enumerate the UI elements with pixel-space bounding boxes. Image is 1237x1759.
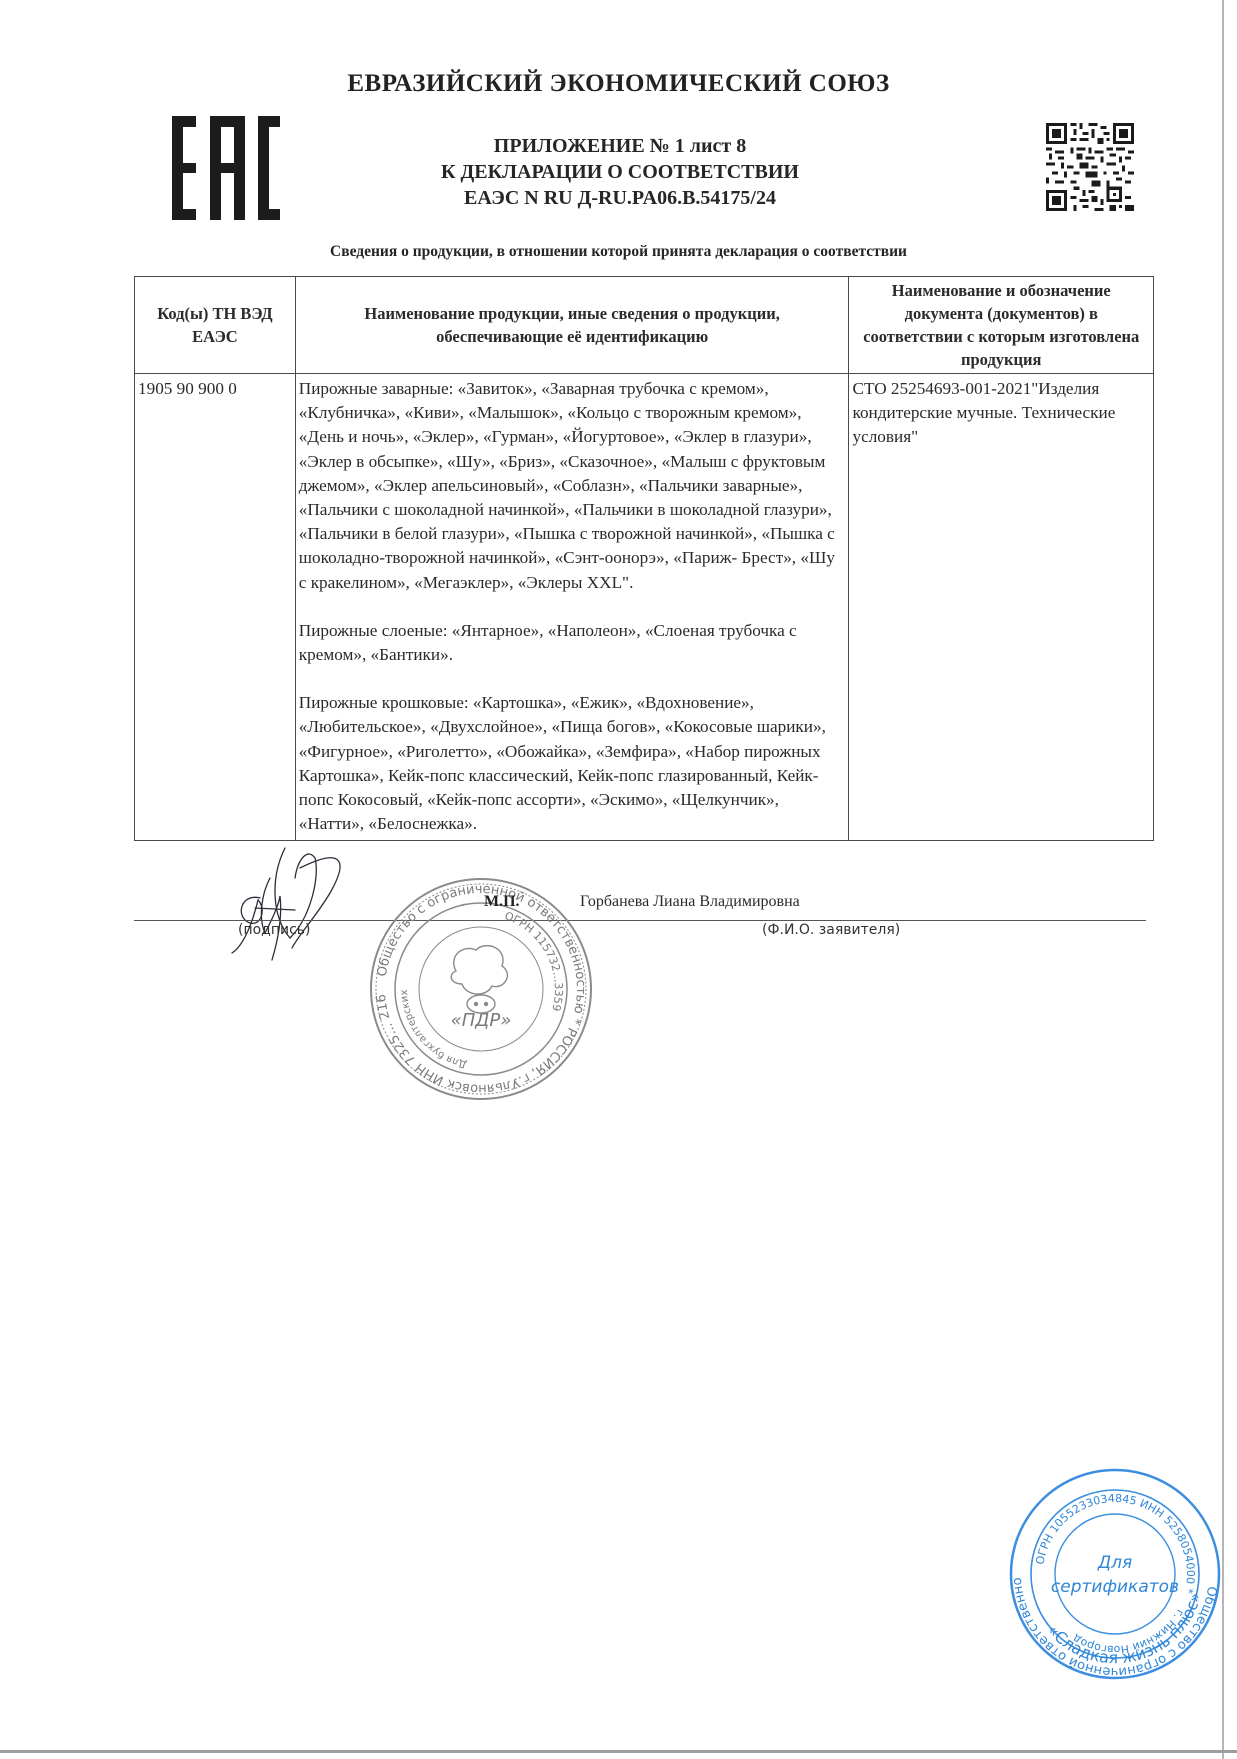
svg-text:Для: Для <box>1097 1553 1132 1573</box>
column-header-document: Наименование и обозначение документа (до… <box>849 277 1154 374</box>
appendix-line-3: ЕАЭС N RU Д-RU.PA06.B.54175/24 <box>380 185 860 211</box>
scan-edge-bottom <box>0 1750 1237 1753</box>
signature-icon <box>200 838 380 968</box>
products-table: Код(ы) ТН ВЭД ЕАЭС Наименование продукци… <box>134 276 1154 841</box>
description-puff-pastries: Пирожные слоеные: «Янтарное», «Наполеон»… <box>299 619 847 667</box>
union-title: ЕВРАЗИЙСКИЙ ЭКОНОМИЧЕСКИЙ СОЮЗ <box>0 70 1237 98</box>
column-header-code: Код(ы) ТН ВЭД ЕАЭС <box>135 277 296 374</box>
cell-description: Пирожные заварные: «Завиток», «Заварная … <box>295 374 849 841</box>
appendix-heading: ПРИЛОЖЕНИЕ № 1 лист 8 К ДЕКЛАРАЦИИ О СОО… <box>380 133 860 211</box>
appendix-line-1: ПРИЛОЖЕНИЕ № 1 лист 8 <box>380 133 860 159</box>
seal-label: М.П. <box>484 893 520 911</box>
description-choux-pastries: Пирожные заварные: «Завиток», «Заварная … <box>299 377 847 595</box>
applicant-name: Горбанева Лиана Владимировна <box>580 893 800 911</box>
product-info-caption: Сведения о продукции, в отношении которо… <box>0 243 1237 261</box>
appendix-line-2: К ДЕКЛАРАЦИИ О СООТВЕТСТВИИ <box>380 159 860 185</box>
table-row: 1905 90 900 0 Пирожные заварные: «Завито… <box>135 374 1154 841</box>
certificates-stamp-icon: Общество с ограниченной ответственностью… <box>1002 1468 1228 1680</box>
cell-document: СТО 25254693-001-2021"Изделия кондитерск… <box>849 374 1154 841</box>
signature-caption: (подпись) <box>238 922 311 938</box>
cell-code: 1905 90 900 0 <box>135 374 296 841</box>
column-header-description: Наименование продукции, иные сведения о … <box>295 277 849 374</box>
svg-text:сертификатов: сертификатов <box>1051 1577 1179 1597</box>
applicant-caption: (Ф.И.О. заявителя) <box>762 922 900 938</box>
qr-code-icon[interactable] <box>1046 122 1134 212</box>
signature-line <box>134 920 1146 921</box>
eac-logo-icon <box>172 116 280 220</box>
company-seal-stamp-icon: Общество с ограниченной ответственностью… <box>368 876 594 1102</box>
table-header-row: Код(ы) ТН ВЭД ЕАЭС Наименование продукци… <box>135 277 1154 374</box>
description-crumb-pastries: Пирожные крошковые: «Картошка», «Ежик», … <box>299 691 847 836</box>
